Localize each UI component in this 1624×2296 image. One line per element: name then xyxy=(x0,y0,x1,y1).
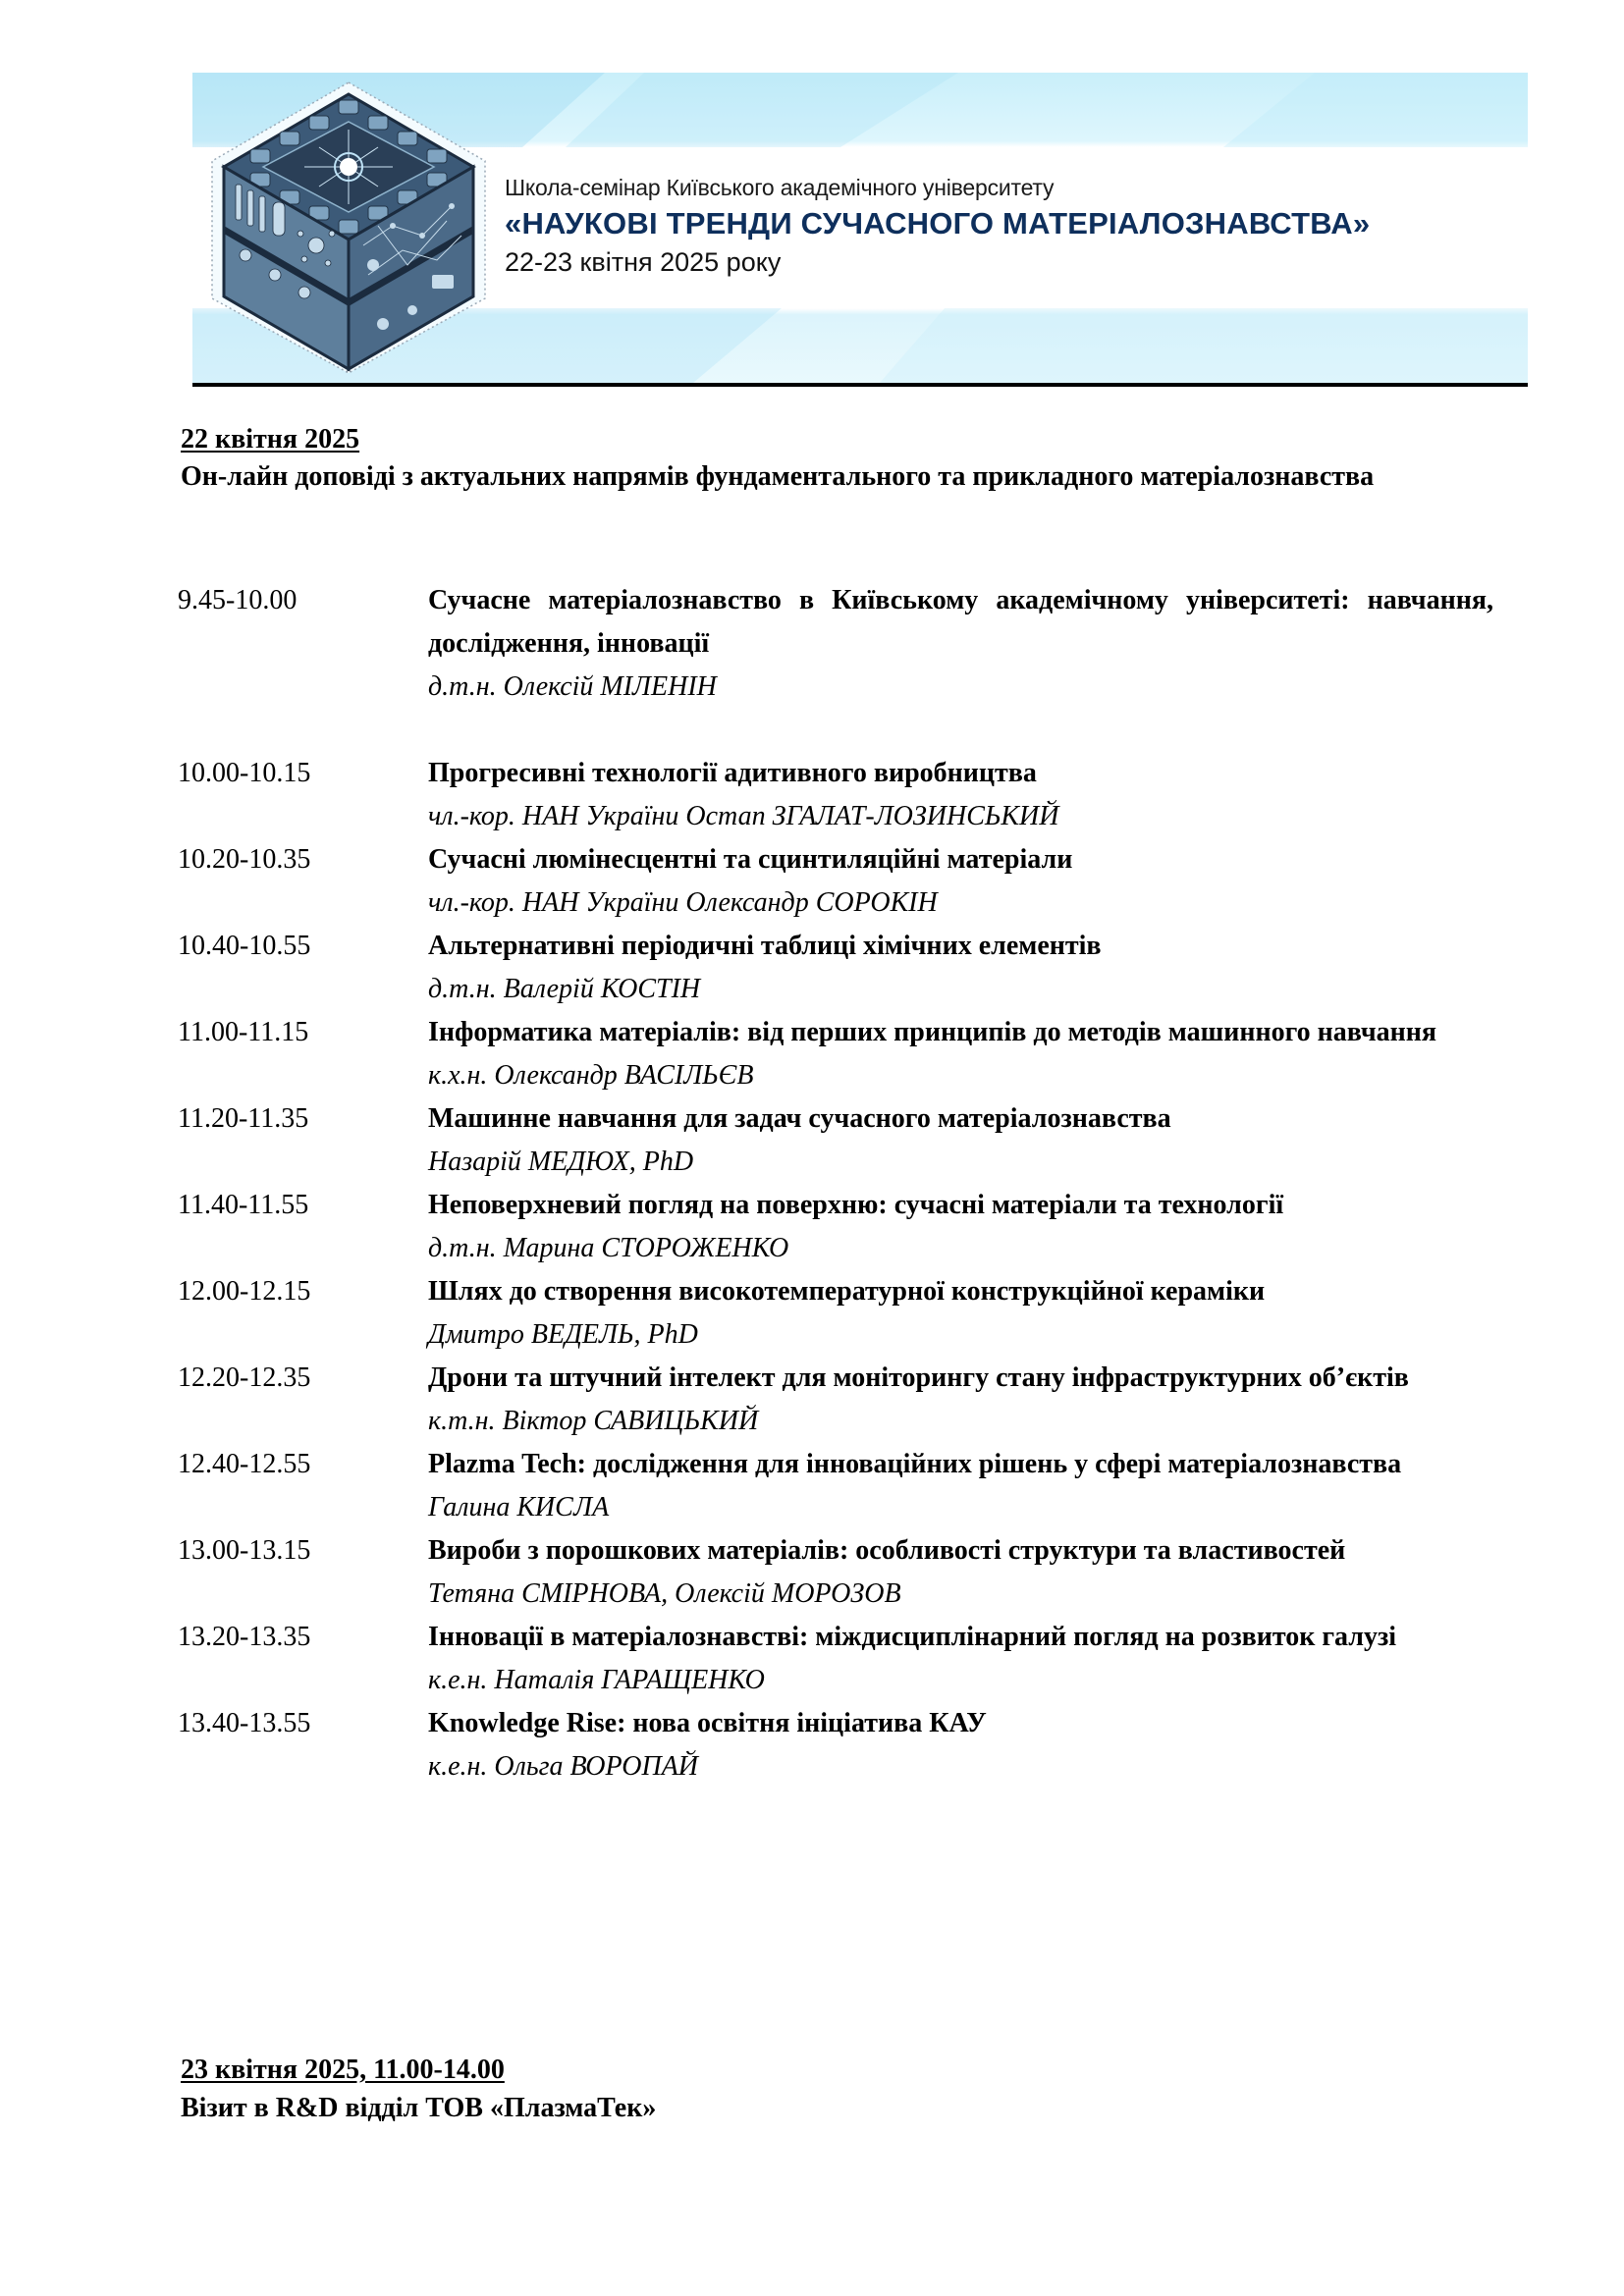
event-banner: Школа-семінар Київського академічного ун… xyxy=(192,73,1528,383)
schedule-item: 12.00-12.15Шлях до створення високотемпе… xyxy=(178,1270,1493,1357)
schedule-item: 11.20-11.35Машинне навчання для задач су… xyxy=(178,1097,1493,1184)
talk-speaker: Назарій МЕДЮХ, PhD xyxy=(428,1141,1493,1184)
talk-time: 13.20-13.35 xyxy=(178,1616,428,1659)
talk-speaker: к.х.н. Олександр ВАСІЛЬЄВ xyxy=(428,1054,1493,1097)
banner-decor xyxy=(566,73,958,147)
talk-details: Plazma Tech: дослідження для інноваційни… xyxy=(428,1443,1493,1529)
talk-time: 11.00-11.15 xyxy=(178,1011,428,1054)
talk-details: Knowledge Rise: нова освітня ініціатива … xyxy=(428,1702,1493,1789)
day1-intro: Он-лайн доповіді з актуальних напрямів ф… xyxy=(181,457,1506,497)
schedule-item: 12.20-12.35Дрони та штучний інтелект для… xyxy=(178,1357,1493,1443)
schedule-item: 12.40-12.55Plazma Tech: дослідження для … xyxy=(178,1443,1493,1529)
talk-speaker: к.т.н. Віктор САВИЦЬКИЙ xyxy=(428,1400,1493,1443)
talk-title: Прогресивні технології адитивного виробн… xyxy=(428,752,1493,795)
talk-details: Сучасне матеріалознавство в Київському а… xyxy=(428,579,1493,709)
talk-title: Дрони та штучний інтелект для моніторинг… xyxy=(428,1357,1493,1400)
banner-decor xyxy=(880,308,1528,383)
banner-dates: 22-23 квітня 2025 року xyxy=(505,245,1370,279)
talk-speaker: д.т.н. Валерій КОСТІН xyxy=(428,968,1493,1011)
schedule-item: 11.00-11.15Інформатика матеріалів: від п… xyxy=(178,1011,1493,1097)
talk-title: Сучасне матеріалознавство в Київському а… xyxy=(428,579,1493,666)
talk-details: Машинне навчання для задач сучасного мат… xyxy=(428,1097,1493,1184)
schedule-item: 11.40-11.55Неповерхневий погляд на повер… xyxy=(178,1184,1493,1270)
talk-details: Інновації в матеріалознавстві: міждисцип… xyxy=(428,1616,1493,1702)
banner-text: Школа-семінар Київського академічного ун… xyxy=(505,173,1370,279)
talk-details: Альтернативні періодичні таблиці хімічни… xyxy=(428,925,1493,1011)
schedule-item: 10.20-10.35Сучасні люмінесцентні та сцин… xyxy=(178,838,1493,925)
talk-speaker: к.е.н. Ольга ВОРОПАЙ xyxy=(428,1745,1493,1789)
talk-time: 9.45-10.00 xyxy=(178,579,428,622)
talk-details: Прогресивні технології адитивного виробн… xyxy=(428,752,1493,838)
banner-decor xyxy=(1223,73,1528,147)
materials-cube-logo-icon xyxy=(206,79,491,377)
talk-speaker: Дмитро ВЕДЕЛЬ, PhD xyxy=(428,1313,1493,1357)
talk-speaker: д.т.н. Олексій МІЛЕНІН xyxy=(428,666,1493,709)
day2-section: 23 квітня 2025, 11.00-14.00 Візит в R&D … xyxy=(181,2052,656,2128)
talk-speaker: чл.-кор. НАН України Олександр СОРОКІН xyxy=(428,881,1493,925)
talk-time: 10.20-10.35 xyxy=(178,838,428,881)
spacer xyxy=(178,709,1493,752)
talk-details: Шлях до створення високотемпературної ко… xyxy=(428,1270,1493,1357)
schedule-list: 9.45-10.00Сучасне матеріалознавство в Ки… xyxy=(178,579,1493,1789)
schedule-item: 13.40-13.55Knowledge Rise: нова освітня … xyxy=(178,1702,1493,1789)
talk-details: Неповерхневий погляд на поверхню: сучасн… xyxy=(428,1184,1493,1270)
talk-title: Plazma Tech: дослідження для інноваційни… xyxy=(428,1443,1493,1486)
talk-title: Машинне навчання для задач сучасного мат… xyxy=(428,1097,1493,1141)
day1-heading: 22 квітня 2025 xyxy=(181,422,1506,457)
talk-time: 12.20-12.35 xyxy=(178,1357,428,1400)
talk-speaker: чл.-кор. НАН України Остап ЗГАЛАТ-ЛОЗИНС… xyxy=(428,795,1493,838)
talk-details: Інформатика матеріалів: від перших принц… xyxy=(428,1011,1493,1097)
schedule-item: 13.00-13.15Вироби з порошкових матеріалі… xyxy=(178,1529,1493,1616)
talk-title: Knowledge Rise: нова освітня ініціатива … xyxy=(428,1702,1493,1745)
talk-title: Сучасні люмінесцентні та сцинтиляційні м… xyxy=(428,838,1493,881)
talk-time: 13.40-13.55 xyxy=(178,1702,428,1745)
schedule-item: 10.00-10.15Прогресивні технології адитив… xyxy=(178,752,1493,838)
schedule-item: 10.40-10.55Альтернативні періодичні табл… xyxy=(178,925,1493,1011)
talk-title: Шлях до створення високотемпературної ко… xyxy=(428,1270,1493,1313)
talk-time: 12.40-12.55 xyxy=(178,1443,428,1486)
talk-time: 13.00-13.15 xyxy=(178,1529,428,1573)
talk-title: Неповерхневий погляд на поверхню: сучасн… xyxy=(428,1184,1493,1227)
talk-speaker: д.т.н. Марина СТОРОЖЕНКО xyxy=(428,1227,1493,1270)
talk-time: 11.20-11.35 xyxy=(178,1097,428,1141)
header-divider xyxy=(192,383,1528,387)
talk-title: Інновації в матеріалознавстві: міждисцип… xyxy=(428,1616,1493,1659)
schedule-item: 9.45-10.00Сучасне матеріалознавство в Ки… xyxy=(178,579,1493,709)
talk-time: 10.40-10.55 xyxy=(178,925,428,968)
day1-section: 22 квітня 2025 Он-лайн доповіді з актуал… xyxy=(181,422,1506,497)
talk-time: 12.00-12.15 xyxy=(178,1270,428,1313)
talk-title: Альтернативні періодичні таблиці хімічни… xyxy=(428,925,1493,968)
day2-event: Візит в R&D відділ ТОВ «ПлазмаТек» xyxy=(181,2089,656,2128)
banner-title: «НАУКОВІ ТРЕНДИ СУЧАСНОГО МАТЕРІАЛОЗНАВС… xyxy=(505,202,1370,245)
talk-title: Вироби з порошкових матеріалів: особливо… xyxy=(428,1529,1493,1573)
talk-speaker: Галина КИСЛА xyxy=(428,1486,1493,1529)
talk-time: 10.00-10.15 xyxy=(178,752,428,795)
talk-details: Сучасні люмінесцентні та сцинтиляційні м… xyxy=(428,838,1493,925)
schedule-item: 13.20-13.35Інновації в матеріалознавстві… xyxy=(178,1616,1493,1702)
talk-speaker: Тетяна СМІРНОВА, Олексій МОРОЗОВ xyxy=(428,1573,1493,1616)
talk-speaker: к.е.н. Наталія ГАРАЩЕНКО xyxy=(428,1659,1493,1702)
talk-details: Дрони та штучний інтелект для моніторинг… xyxy=(428,1357,1493,1443)
day2-heading: 23 квітня 2025, 11.00-14.00 xyxy=(181,2052,656,2089)
talk-details: Вироби з порошкових матеріалів: особливо… xyxy=(428,1529,1493,1616)
banner-subtitle: Школа-семінар Київського академічного ун… xyxy=(505,173,1370,202)
talk-time: 11.40-11.55 xyxy=(178,1184,428,1227)
talk-title: Інформатика матеріалів: від перших принц… xyxy=(428,1011,1493,1054)
